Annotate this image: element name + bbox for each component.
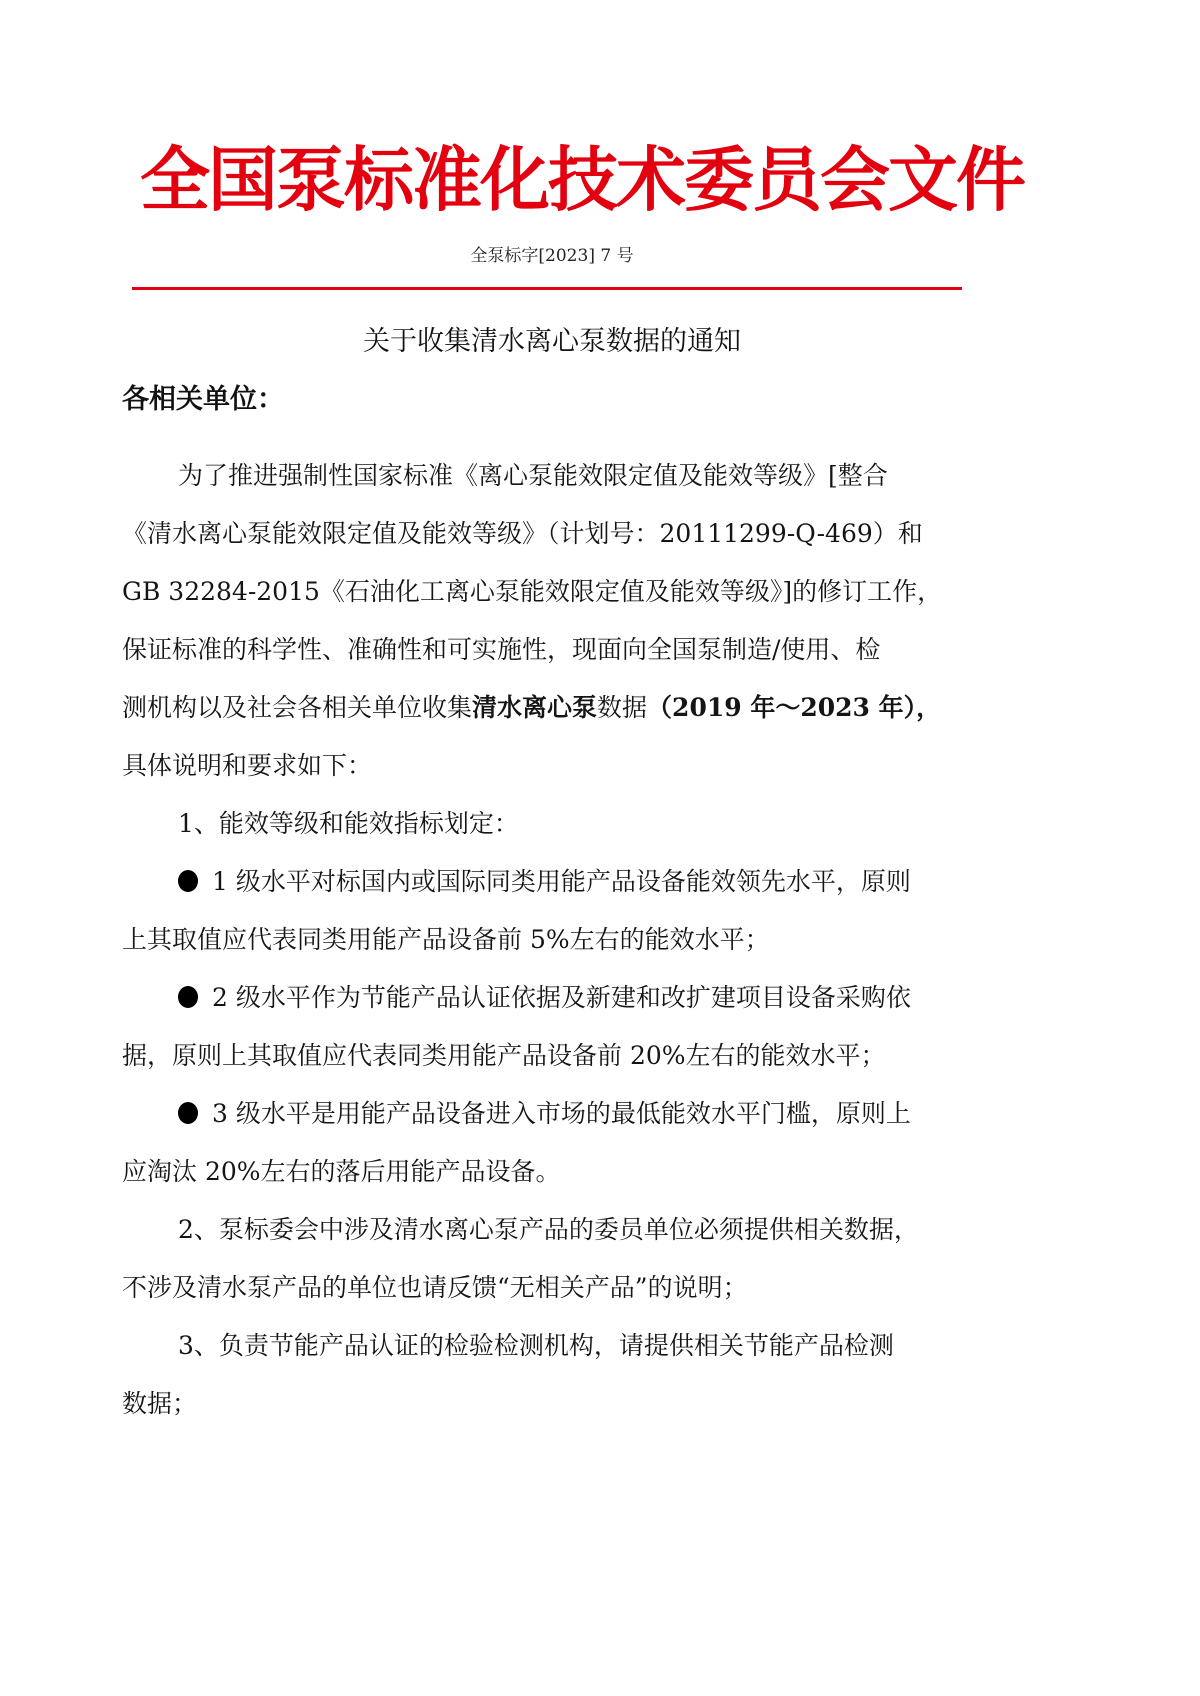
bullet-dot-icon [178, 986, 198, 1008]
intro-line-1: 为了推进强制性国家标准《离心泵能效限定值及能效等级》[整合 [122, 447, 1002, 505]
item-1-heading: 1、能效等级和能效指标划定： [122, 795, 1002, 853]
salutation: 各相关单位： [122, 380, 284, 420]
item-3-line-1: 3、负责节能产品认证的检验检测机构，请提供相关节能产品检测 [122, 1317, 1002, 1375]
item-1: 1、能效等级和能效指标划定： 1 级水平对标国内或国际同类用能产品设备能效领先水… [122, 795, 1002, 1201]
intro-line-5: 测机构以及社会各相关单位收集清水离心泵数据（2019 年～2023 年）， [122, 679, 1002, 737]
intro-line-5-mid: 数据 [597, 693, 647, 722]
issuing-body-header: 全国泵标准化技术委员会文件 [140, 140, 980, 220]
notice-title: 关于收集清水离心泵数据的通知 [130, 322, 974, 362]
document-number: 全泵标字[2023] 7 号 [130, 244, 974, 268]
bullet-level-2: 2 级水平作为节能产品认证依据及新建和改扩建项目设备采购依 [122, 969, 1002, 1027]
bullet-dot-icon [178, 870, 198, 892]
intro-line-5-prefix: 测机构以及社会各相关单位收集 [122, 693, 472, 722]
item-3-line-2: 数据； [122, 1375, 1002, 1433]
bullet-dot-icon [178, 1102, 198, 1124]
document-page: 全国泵标准化技术委员会文件 全泵标字[2023] 7 号 关于收集清水离心泵数据… [0, 0, 1200, 1696]
item-2: 2、泵标委会中涉及清水离心泵产品的委员单位必须提供相关数据， 不涉及清水泵产品的… [122, 1201, 1002, 1317]
bullet-level-1: 1 级水平对标国内或国际同类用能产品设备能效领先水平，原则 [122, 853, 1002, 911]
highlight-product: 清水离心泵 [472, 693, 597, 722]
bullet-level-1-cont: 上其取值应代表同类用能产品设备前 5%左右的能效水平； [122, 911, 1002, 969]
item-3: 3、负责节能产品认证的检验检测机构，请提供相关节能产品检测 数据； [122, 1317, 1002, 1433]
intro-line-2: 《清水离心泵能效限定值及能效等级》（计划号：20111299-Q-469）和 [122, 505, 1002, 563]
intro-paragraph: 为了推进强制性国家标准《离心泵能效限定值及能效等级》[整合 《清水离心泵能效限定… [122, 447, 1002, 795]
item-2-line-2: 不涉及清水泵产品的单位也请反馈“无相关产品”的说明； [122, 1259, 1002, 1317]
highlight-period: （2019 年～2023 年）， [647, 693, 941, 722]
bullet-level-3: 3 级水平是用能产品设备进入市场的最低能效水平门槛，原则上 [122, 1085, 1002, 1143]
bullet-level-3-cont: 应淘汰 20%左右的落后用能产品设备。 [122, 1143, 1002, 1201]
intro-line-3: GB 32284-2015《石油化工离心泵能效限定值及能效等级》]的修订工作， [122, 563, 1002, 621]
header-divider [132, 287, 962, 290]
item-2-line-1: 2、泵标委会中涉及清水离心泵产品的委员单位必须提供相关数据， [122, 1201, 1002, 1259]
intro-line-4: 保证标准的科学性、准确性和可实施性，现面向全国泵制造/使用、检 [122, 621, 1002, 679]
intro-line-6: 具体说明和要求如下： [122, 737, 1002, 795]
bullet-level-2-cont: 据，原则上其取值应代表同类用能产品设备前 20%左右的能效水平； [122, 1027, 1002, 1085]
